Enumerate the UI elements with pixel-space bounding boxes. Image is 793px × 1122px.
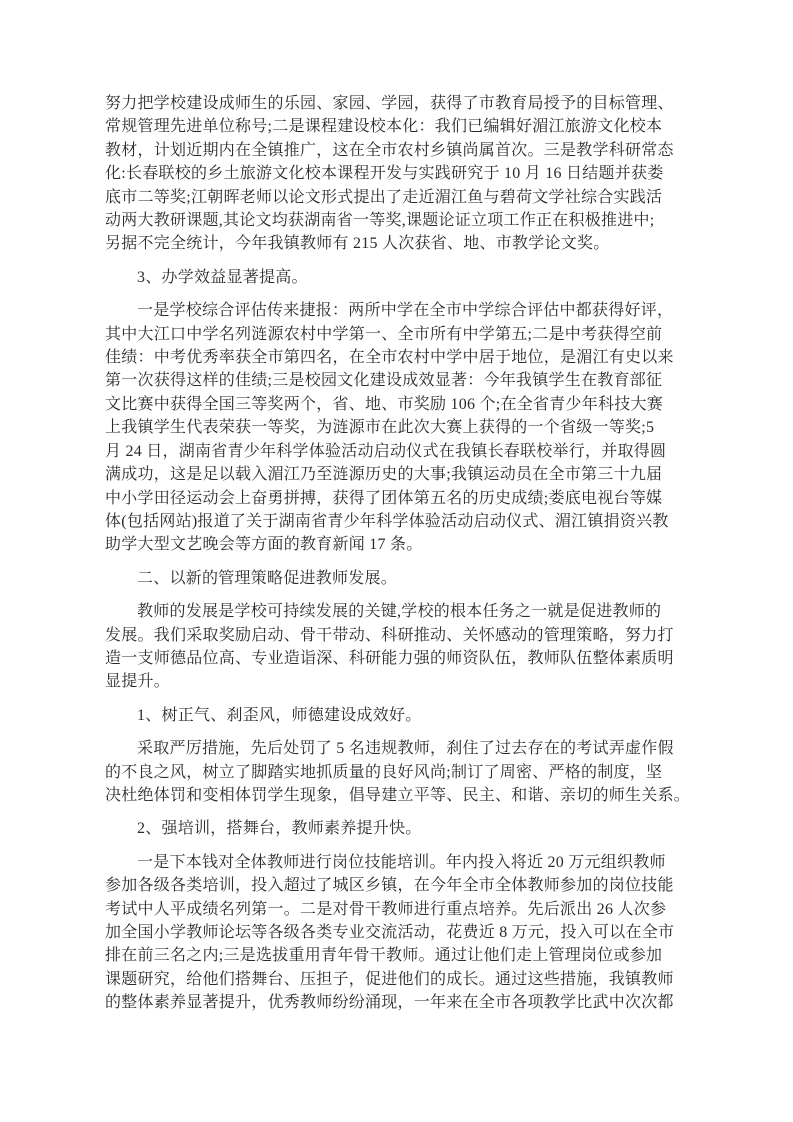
- numbered-heading-1: 1、树正气、刹歪风，师德建设成效好。: [105, 704, 693, 727]
- document-page: 努力把学校建设成师生的乐园、家园、学园，获得了市教育局授予的目标管理、 常规管理…: [0, 0, 793, 1122]
- body-paragraph: 一是下本钱对全体教师进行岗位技能培训。年内投入将近 20 万元组织教师 参加各级…: [105, 851, 693, 1015]
- numbered-heading-3: 3、办学效益显著提高。: [105, 266, 693, 289]
- body-paragraph: 教师的发展是学校可持续发展的关键,学校的根本任务之一就是促进教师的 发展。我们采…: [105, 600, 693, 694]
- section-heading-2: 二、以新的管理策略促进教师发展。: [105, 567, 693, 590]
- body-paragraph: 一是学校综合评估传来捷报：两所中学在全市中学综合评估中都获得好评， 其中大江口中…: [105, 299, 693, 556]
- numbered-heading-2: 2、强培训，搭舞台，教师素养提升快。: [105, 817, 693, 840]
- body-paragraph: 采取严厉措施，先后处罚了 5 名违规教师，刹住了过去存在的考试弄虚作假 的不良之…: [105, 737, 693, 807]
- body-paragraph-continued: 努力把学校建设成师生的乐园、家园、学园，获得了市教育局授予的目标管理、 常规管理…: [105, 92, 693, 256]
